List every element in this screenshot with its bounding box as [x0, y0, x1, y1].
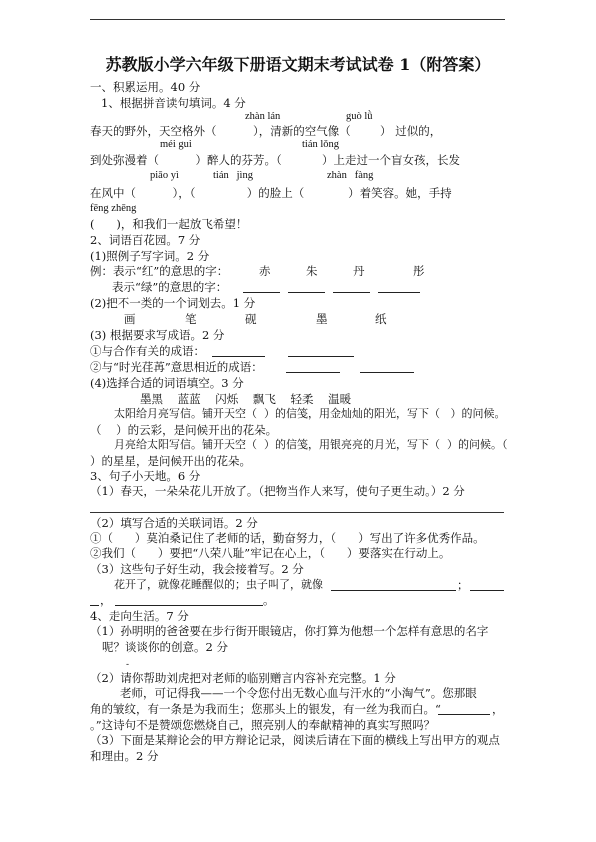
q2-p3-item2: ②与“时光荏苒”意思相近的成语： [90, 360, 263, 374]
section1-heading: 一、积累运用。40 分 [90, 80, 200, 94]
q4-p1-mark: - [126, 658, 129, 672]
word-bi[interactable]: 笔 [185, 312, 197, 326]
q4-heading: 4、走向生活。7 分 [90, 609, 189, 623]
q2-p4-heading: (4)选择合适的词语填空。3 分 [90, 376, 244, 390]
q3-p3-line1: 花开了，就像花睡醒似的；虫子叫了，就像 [114, 578, 323, 592]
q3-heading: 3、句子小天地。6 分 [90, 469, 200, 483]
q3-p3-sep1: ； [457, 578, 469, 592]
q2-heading: 2、词语百花园。7 分 [90, 233, 200, 247]
pinyin-tianjing: tián jìng [213, 170, 253, 182]
example-char-4: 彤 [413, 264, 425, 278]
q3-p3-blank-1[interactable] [331, 590, 456, 591]
q2-example-label: 例：表示“红”的意思的字： [90, 264, 228, 278]
q3-p3-blank-2a[interactable] [470, 590, 504, 591]
q2-p3-heading: (3) 根据要求写成语。2 分 [90, 328, 224, 342]
answer-blank-3[interactable] [333, 292, 370, 293]
header-rule [90, 19, 505, 20]
answer-blank-4[interactable] [378, 292, 420, 293]
q2-p4-para1b: （ ）的云彩，是问候开出的花朵。 [90, 423, 277, 437]
q2-p1-heading: (1)照例子写字词。2 分 [90, 249, 209, 263]
q2-task-label: 表示“绿”的意思的字： [112, 280, 227, 294]
q4-p2-blank[interactable] [438, 714, 490, 715]
q2-p2-heading: (2)把不一类的一个词划去。1 分 [90, 296, 255, 310]
answer-blank-2[interactable] [288, 292, 325, 293]
q3-p3-end: 。 [263, 593, 275, 607]
q3-p2-item2: ②我们（ ）要把“八荣八耻”牢记在心上，（ ）要落实在行动上。 [90, 546, 450, 560]
q2-p4-para2b: ）的星星，是问候开出的花朵。 [90, 454, 251, 468]
q2-p4-words: 墨黑 蓝蓝 闪烁 飘飞 轻柔 温暖 [140, 392, 351, 406]
word-mo[interactable]: 墨 [316, 312, 328, 326]
example-char-3: 丹 [353, 264, 365, 278]
q1-heading: 1、根据拼音读句填词。4 分 [101, 96, 246, 110]
idiom-blank-4[interactable] [360, 372, 414, 373]
example-char-2: 朱 [306, 264, 318, 278]
word-hua[interactable]: 画 [124, 312, 136, 326]
q3-p3-blank-3[interactable] [115, 605, 263, 606]
q2-p3-item1: ①与合作有关的成语： [90, 344, 205, 358]
q1-line1: 春天的野外，天空格外（ ），清新的空气像（ ） 过似的， [90, 124, 441, 138]
q2-p4-para1a: 太阳给月亮写信。铺开天空（ ）的信笺，用金灿灿的阳光，写下（ ）的问候。 [114, 407, 505, 421]
q4-p2a: 老师，可记得我——一个令您付出无数心血与汗水的“小淘气”。您那眼 [120, 686, 477, 700]
pinyin-zhanlan: zhàn lán [245, 111, 280, 123]
q3-p2-item1: ①（ ）莫泊桑记住了老师的话，勤奋努力，（ ）写出了许多优秀作品。 [90, 531, 485, 545]
idiom-blank-2[interactable] [288, 356, 354, 357]
q4-p3a: （3）下面是某辩论会的甲方辩论记录，阅读后请在下面的横线上写出甲方的观点 [90, 733, 500, 747]
page-title: 苏教版小学六年级下册语文期末考试试卷 1（附答案） [0, 52, 596, 75]
pinyin-piaoyi: piāo yì [150, 170, 179, 182]
q3-p3-sep2: ， [100, 593, 112, 607]
q3-p1-answer-line[interactable] [90, 512, 504, 513]
q4-p2-heading: （2）请你帮助刘虎把对老师的临别赠言内容补充完整。1 分 [90, 671, 396, 685]
q1-line4: ( )，和我们一起放飞希望！ [90, 217, 247, 231]
q4-p1a: （1）孙明明的爸爸要在步行街开眼镜店，你打算为他想一个怎样有意思的名字 [90, 624, 488, 638]
q4-p3b: 和理由。2 分 [90, 749, 158, 763]
q3-p3-blank-2b[interactable] [90, 605, 99, 606]
idiom-blank-3[interactable] [286, 372, 340, 373]
pinyin-zhanfang: zhàn fàng [327, 170, 373, 182]
pinyin-meigui: méi gui [160, 139, 192, 151]
q2-p4-para2a: 月亮给太阳写信。铺开天空（ ）的信笺，用银亮亮的月光，写下（ ）的问候。（ [114, 438, 507, 452]
q3-p3-heading: （3）这些句子好生动，我会接着写。2 分 [90, 562, 304, 576]
idiom-blank-1[interactable] [212, 356, 265, 357]
q1-line2: 到处弥漫着（ ）醉人的芬芳。（ ）上走过一个盲女孩，长发 [90, 153, 460, 167]
answer-blank-1[interactable] [243, 292, 280, 293]
q4-p1b: 呢？谈谈你的创意。2 分 [102, 640, 228, 654]
word-zhi[interactable]: 纸 [375, 312, 387, 326]
q4-p2b1: 角的皱纹，有一条是为我而生；您那头上的银发，有一丝为我而白。“ [90, 702, 441, 716]
q3-p2-heading: （2）填写合适的关联词语。2 分 [90, 516, 258, 530]
exam-page: 苏教版小学六年级下册语文期末考试试卷 1（附答案） 一、积累运用。40 分 1、… [0, 0, 596, 842]
q4-p2c: 。”这诗句不是赞颂您燃烧自己，照亮别人的奉献精神的真实写照吗？ [90, 718, 435, 732]
q3-p1: （1）春天，一朵朵花儿开放了。（把物当作人来写，使句子更生动。）2 分 [90, 484, 465, 498]
example-char-1: 赤 [259, 264, 271, 278]
pinyin-fengzheng: fēng zhēng [90, 203, 136, 215]
pinyin-tianlong: tián lǒng [302, 139, 339, 151]
q1-line3: 在风中（ ），（ ）的脸上（ ）着笑容。她，手持 [90, 186, 452, 200]
q4-p2b2: ， [492, 702, 504, 716]
pinyin-guolv: guò lǜ [346, 111, 373, 123]
word-yan[interactable]: 砚 [245, 312, 257, 326]
